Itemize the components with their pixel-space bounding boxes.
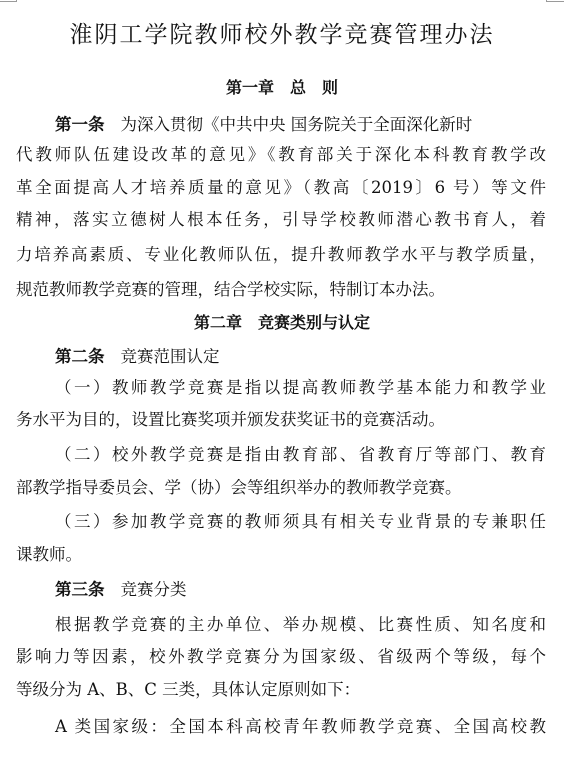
article-1-line-1: 第一条为深入贯彻《中共中央 国务院关于全面深化新时 bbox=[55, 113, 546, 137]
page-corner-mark-right bbox=[546, 0, 564, 2]
article-2-para-1-line-2: 务水平为目的，设置比赛奖项并颁发获奖证书的竞赛活动。 bbox=[16, 408, 546, 432]
article-1-line-5: 力培养高素质、专业化教师队伍，提升教师教学水平与教学质量， bbox=[16, 243, 546, 267]
article-3-para-1-line-2: 影响力等因素，校外教学竞赛分为国家级、省级两个等级，每个 bbox=[16, 645, 546, 669]
article-2-para-2-line-1: （二）校外教学竞赛是指由教育部、省教育厅等部门、教育 bbox=[55, 443, 546, 467]
article-1-line-6: 规范教师教学竞赛的管理，结合学校实际，特制订本办法。 bbox=[16, 278, 546, 302]
chapter-heading-1: 第一章 总 则 bbox=[0, 76, 564, 100]
article-text: 为深入贯彻《中共中央 国务院关于全面深化新时 bbox=[121, 115, 473, 134]
page-corner-mark-left bbox=[0, 0, 17, 2]
article-1-line-2: 代教师队伍建设改革的意见》《教育部关于深化本科教育教学改 bbox=[16, 143, 546, 167]
article-2-para-1-line-1: （一）教师教学竞赛是指以提高教师教学基本能力和教学业 bbox=[55, 376, 546, 400]
chapter-heading-2: 第二章 竞赛类别与认定 bbox=[0, 311, 564, 335]
article-1-line-3: 革全面提高人才培养质量的意见》（教高〔2019〕6 号）等文件 bbox=[16, 176, 546, 200]
article-label: 第三条 bbox=[55, 580, 105, 599]
article-3-heading: 第三条竞赛分类 bbox=[55, 578, 546, 602]
article-label: 第二条 bbox=[55, 347, 105, 366]
article-subject: 竞赛分类 bbox=[121, 580, 187, 599]
document-title: 淮阴工学院教师校外教学竞赛管理办法 bbox=[0, 19, 564, 51]
article-2-heading: 第二条竞赛范围认定 bbox=[55, 345, 546, 369]
article-3-para-2-line-1: A 类国家级：全国本科高校青年教师教学竞赛、全国高校教 bbox=[55, 715, 546, 739]
article-label: 第一条 bbox=[55, 115, 105, 134]
article-subject: 竞赛范围认定 bbox=[121, 347, 220, 366]
article-3-para-1-line-1: 根据教学竞赛的主办单位、举办规模、比赛性质、知名度和 bbox=[55, 613, 546, 637]
article-2-para-3-line-1: （三）参加教学竞赛的教师须具有相关专业背景的专兼职任 bbox=[55, 510, 546, 534]
article-1-line-4: 精神，落实立德树人根本任务，引导学校教师潜心教书育人，着 bbox=[16, 208, 546, 232]
article-2-para-3-line-2: 课教师。 bbox=[16, 543, 546, 567]
article-3-para-1-line-3: 等级分为 A、B、C 三类，具体认定原则如下： bbox=[16, 678, 546, 702]
article-2-para-2-line-2: 部教学指导委员会、学（协）会等组织举办的教师教学竞赛。 bbox=[16, 476, 546, 500]
